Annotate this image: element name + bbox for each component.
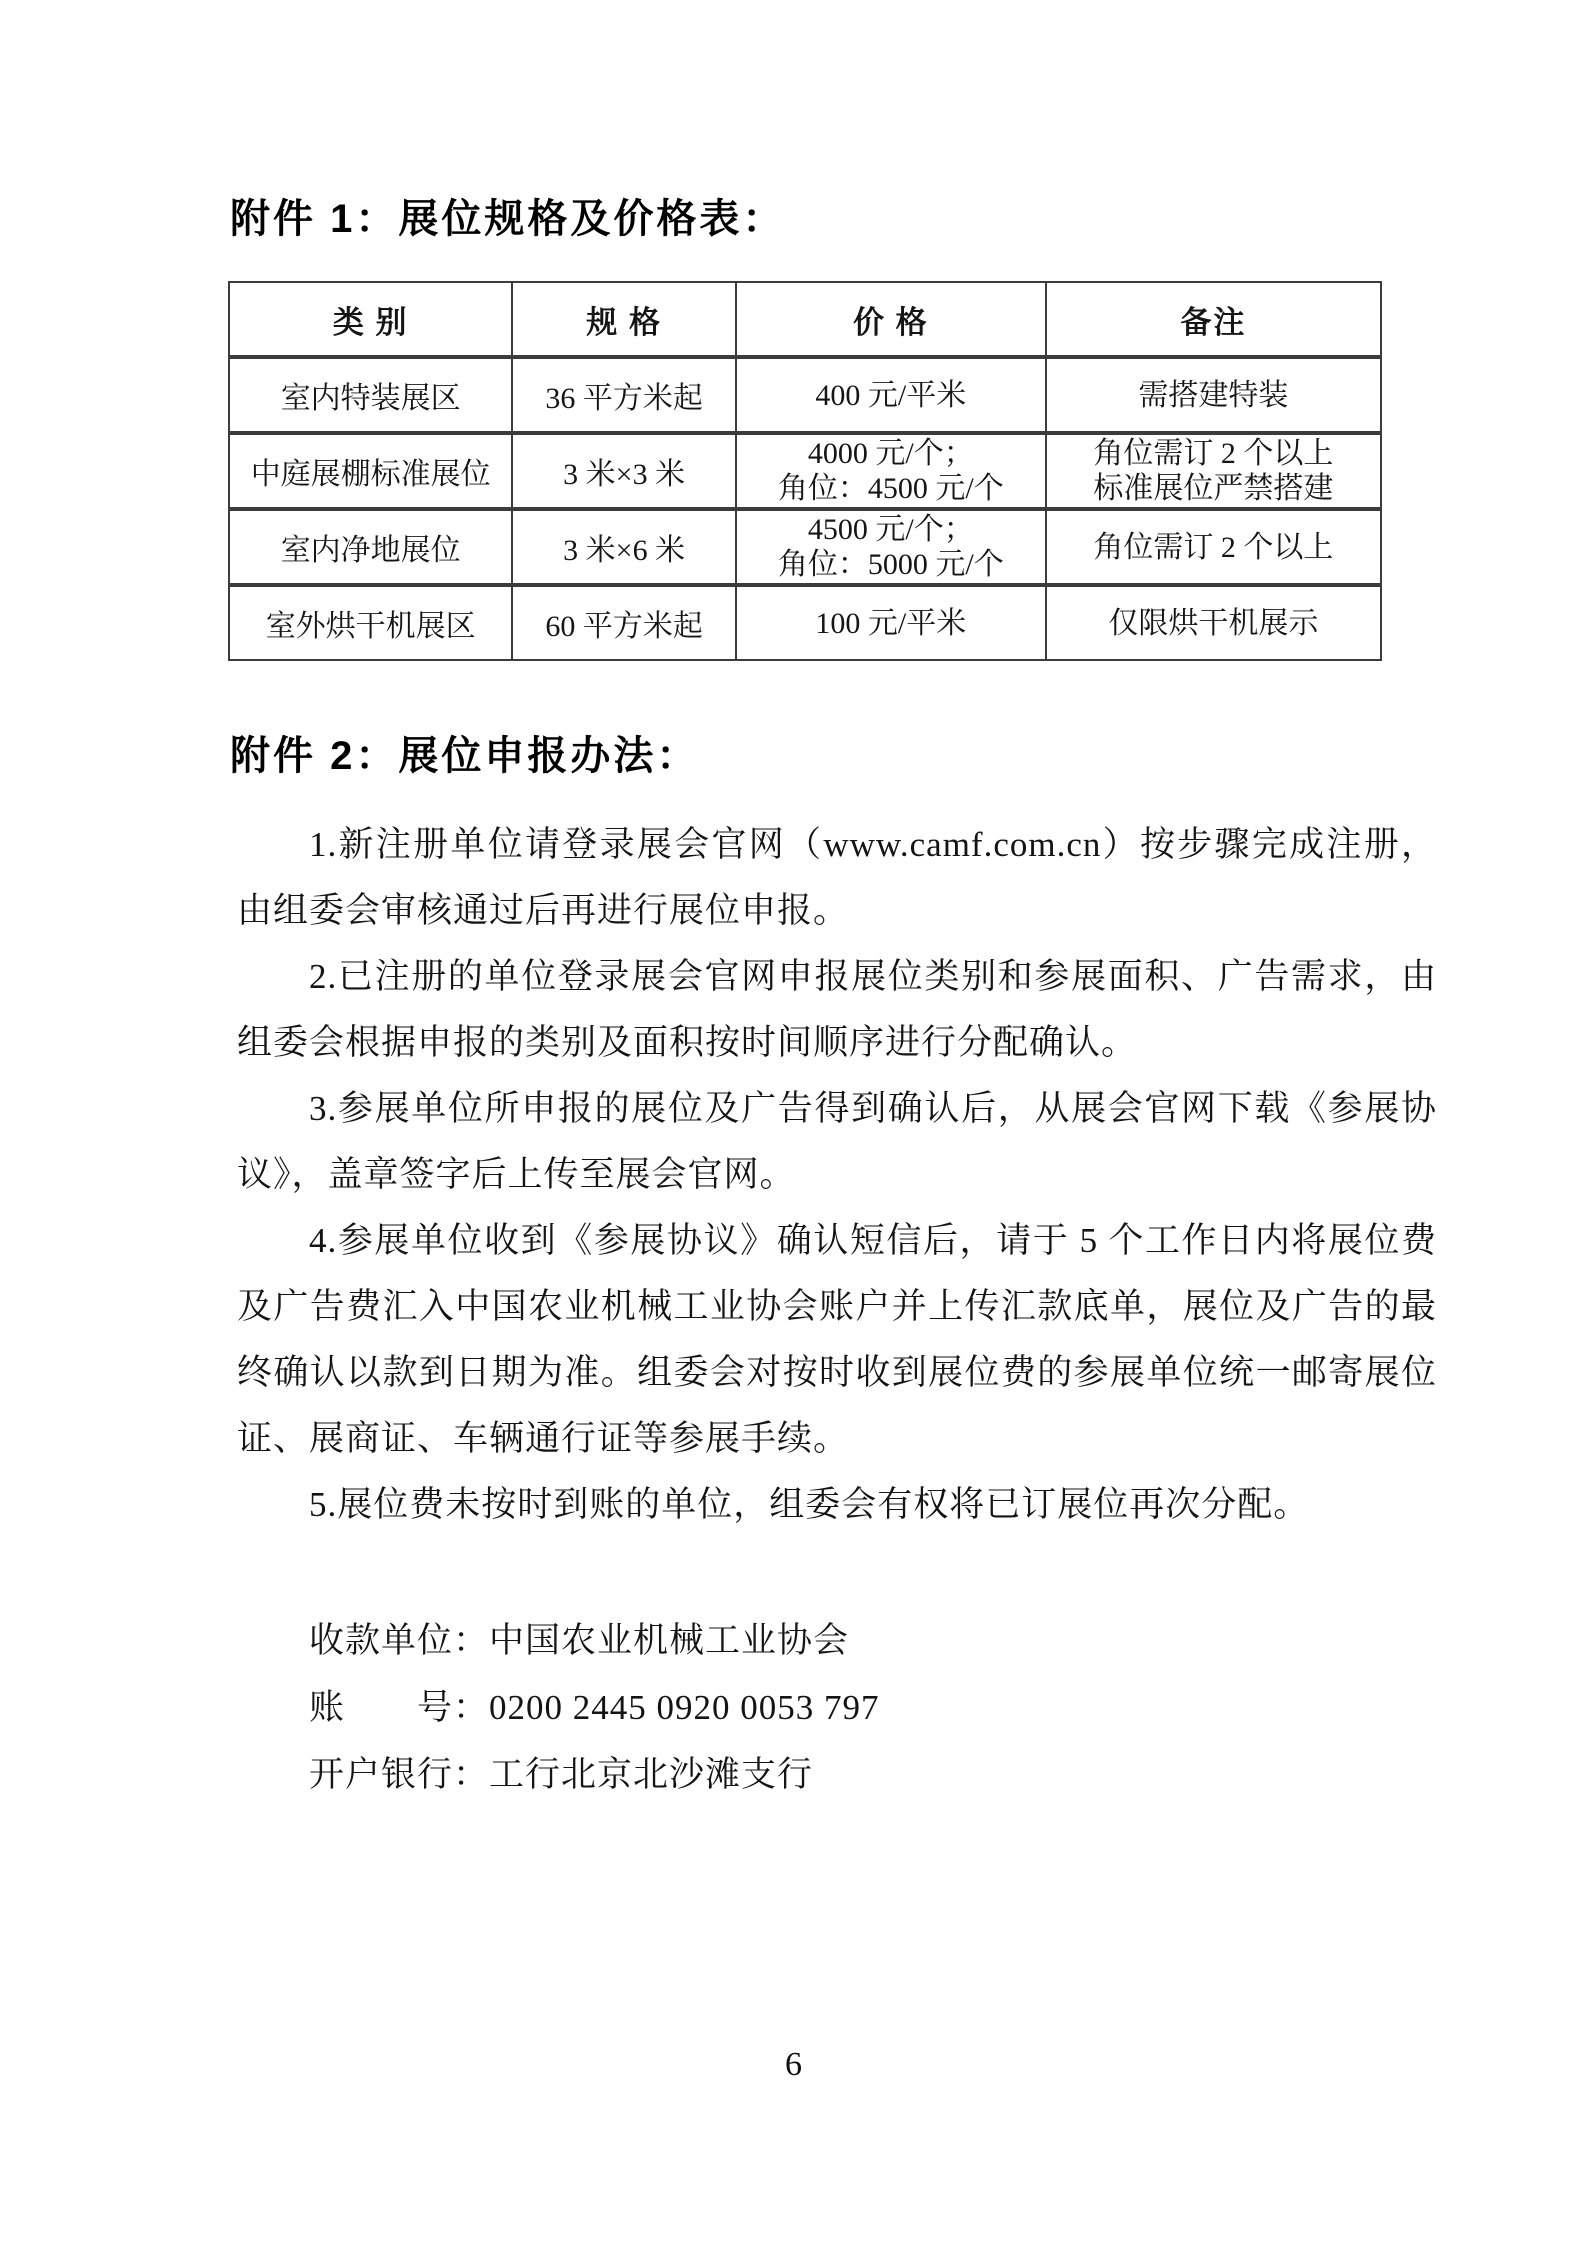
table-row: 室内特装展区 36 平方米起 400 元/平米 需搭建特装 [229,357,1381,433]
cell-price: 400 元/平米 [736,357,1046,433]
payment-label: 账 号： [309,1688,489,1727]
price-line: 4000 元/个； [743,436,1039,471]
cell-price: 100 元/平米 [736,585,1046,660]
table-row: 中庭展棚标准展位 3 米×3 米 4000 元/个； 角位：4500 元/个 角… [229,433,1381,509]
cell-spec: 3 米×6 米 [512,509,735,585]
payment-label: 收款单位： [309,1621,489,1660]
document-page: 附件 1：展位规格及价格表： 类 别 规 格 价 格 备注 室内特装展区 36 … [0,0,1587,2245]
column-header-note: 备注 [1046,282,1381,357]
price-line: 100 元/平米 [743,606,1039,641]
cell-spec: 60 平方米起 [512,585,735,660]
table-row: 室外烘干机展区 60 平方米起 100 元/平米 仅限烘干机展示 [229,585,1381,660]
application-steps: 1.新注册单位请登录展会官网（www.camf.com.cn）按步骤完成注册，由… [237,812,1437,1538]
step-paragraph: 5.展位费未按时到账的单位，组委会有权将已订展位再次分配。 [237,1472,1437,1538]
cell-category: 中庭展棚标准展位 [229,433,512,509]
cell-category: 室外烘干机展区 [229,585,512,660]
cell-note: 需搭建特装 [1046,357,1381,433]
step-paragraph: 2.已注册的单位登录展会官网申报展位类别和参展面积、广告需求，由组委会根据申报的… [237,944,1437,1076]
cell-spec: 3 米×3 米 [512,433,735,509]
payment-label: 开户银行： [309,1755,489,1794]
note-line: 角位需订 2 个以上 [1053,436,1374,471]
payment-payee-line: 收款单位：中国农业机械工业协会 [309,1607,880,1674]
price-line: 角位：4500 元/个 [743,471,1039,506]
note-line: 仅限烘干机展示 [1053,606,1374,641]
price-line: 角位：5000 元/个 [743,547,1039,582]
table-row: 室内净地展位 3 米×6 米 4500 元/个； 角位：5000 元/个 角位需… [229,509,1381,585]
page-number: 6 [0,2046,1587,2084]
step-paragraph: 1.新注册单位请登录展会官网（www.camf.com.cn）按步骤完成注册，由… [237,812,1437,944]
cell-spec: 36 平方米起 [512,357,735,433]
payment-value: 中国农业机械工业协会 [489,1621,849,1660]
payment-account-line: 账 号：0200 2445 0920 0053 797 [309,1674,880,1741]
cell-category: 室内净地展位 [229,509,512,585]
cell-price: 4000 元/个； 角位：4500 元/个 [736,433,1046,509]
column-header-spec: 规 格 [512,282,735,357]
payment-value: 工行北京北沙滩支行 [489,1755,813,1794]
payment-info: 收款单位：中国农业机械工业协会 账 号：0200 2445 0920 0053 … [309,1607,880,1808]
cell-price: 4500 元/个； 角位：5000 元/个 [736,509,1046,585]
payment-bank-line: 开户银行：工行北京北沙滩支行 [309,1741,880,1808]
note-line: 需搭建特装 [1053,378,1374,413]
step-paragraph: 4.参展单位收到《参展协议》确认短信后，请于 5 个工作日内将展位费及广告费汇入… [237,1208,1437,1472]
column-header-price: 价 格 [736,282,1046,357]
table-header-row: 类 别 规 格 价 格 备注 [229,282,1381,357]
note-line: 标准展位严禁搭建 [1053,471,1374,506]
column-header-category: 类 别 [229,282,512,357]
attachment1-heading: 附件 1：展位规格及价格表： [230,196,785,242]
payment-value: 0200 2445 0920 0053 797 [489,1688,880,1727]
attachment2-heading: 附件 2：展位申报办法： [230,733,699,779]
cell-note: 仅限烘干机展示 [1046,585,1381,660]
cell-note: 角位需订 2 个以上 [1046,509,1381,585]
booth-price-table: 类 别 规 格 价 格 备注 室内特装展区 36 平方米起 400 元/平米 需… [228,281,1382,661]
step-paragraph: 3.参展单位所申报的展位及广告得到确认后，从展会官网下载《参展协议》，盖章签字后… [237,1076,1437,1208]
cell-note: 角位需订 2 个以上 标准展位严禁搭建 [1046,433,1381,509]
cell-category: 室内特装展区 [229,357,512,433]
price-line: 400 元/平米 [743,378,1039,413]
note-line: 角位需订 2 个以上 [1053,530,1374,565]
price-line: 4500 元/个； [743,512,1039,547]
